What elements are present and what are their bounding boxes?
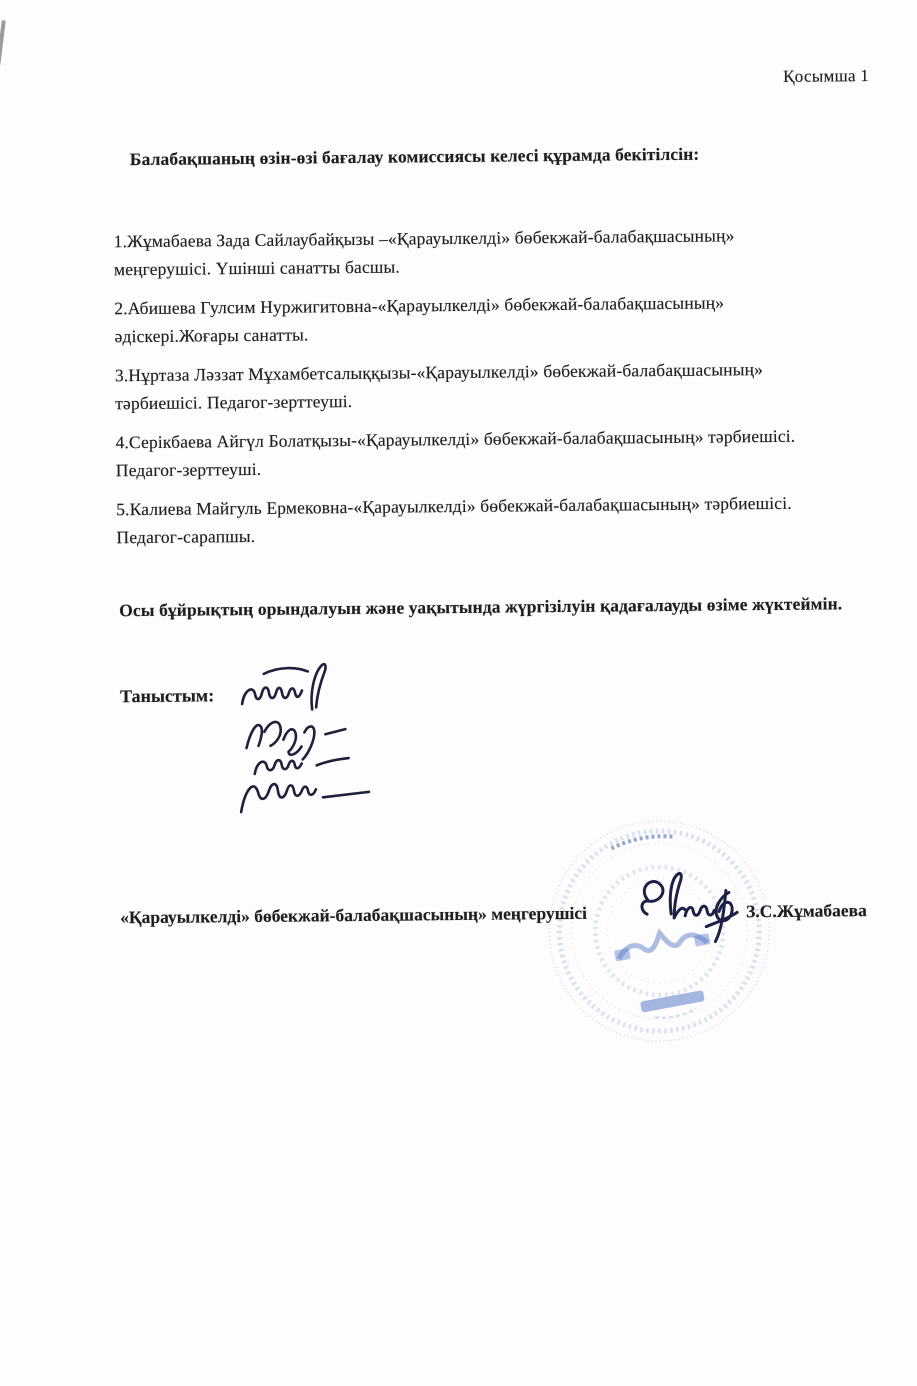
signoff-title: «Қарауылкелді» бөбекжай-балабақшасының» …: [120, 903, 587, 928]
annex-label: Қосымша 1: [783, 66, 903, 87]
acknowledged-label: Таныстым:: [120, 685, 214, 707]
signoff-name: З.С.Жұмабаева: [746, 900, 867, 922]
member-item: 4.Серікбаева Айгүл Болатқызы-«Қарауылкел…: [115, 421, 906, 485]
document-heading: Балабақшаның өзін-өзі бағалау комиссиясы…: [130, 142, 830, 170]
member-item: 5.Калиева Майгуль Ермековна-«Қарауылкелд…: [116, 488, 907, 552]
document-content: Қосымша 1 Балабақшаның өзін-өзі бағалау …: [0, 0, 917, 1386]
closing-statement: Осы бұйрықтың орындалуын және уақытында …: [119, 593, 916, 622]
member-item: 1.Жұмабаева Зада Сайлаубайқызы –«Қарауыл…: [114, 220, 905, 284]
commission-members-list: 1.Жұмабаева Зада Сайлаубайқызы –«Қарауыл…: [114, 220, 907, 563]
member-item: 2.Абишева Гулсим Нуржигитовна-«Қарауылке…: [114, 287, 905, 351]
scanned-document-page: Қосымша 1 Балабақшаның өзін-өзі бағалау …: [0, 0, 917, 1386]
director-signature-icon: [618, 867, 754, 968]
handwritten-signatures-icon: [228, 658, 440, 825]
member-item: 3.Нұртаза Ләззат Мұхамбетсалыққызы-«Қара…: [115, 354, 906, 418]
